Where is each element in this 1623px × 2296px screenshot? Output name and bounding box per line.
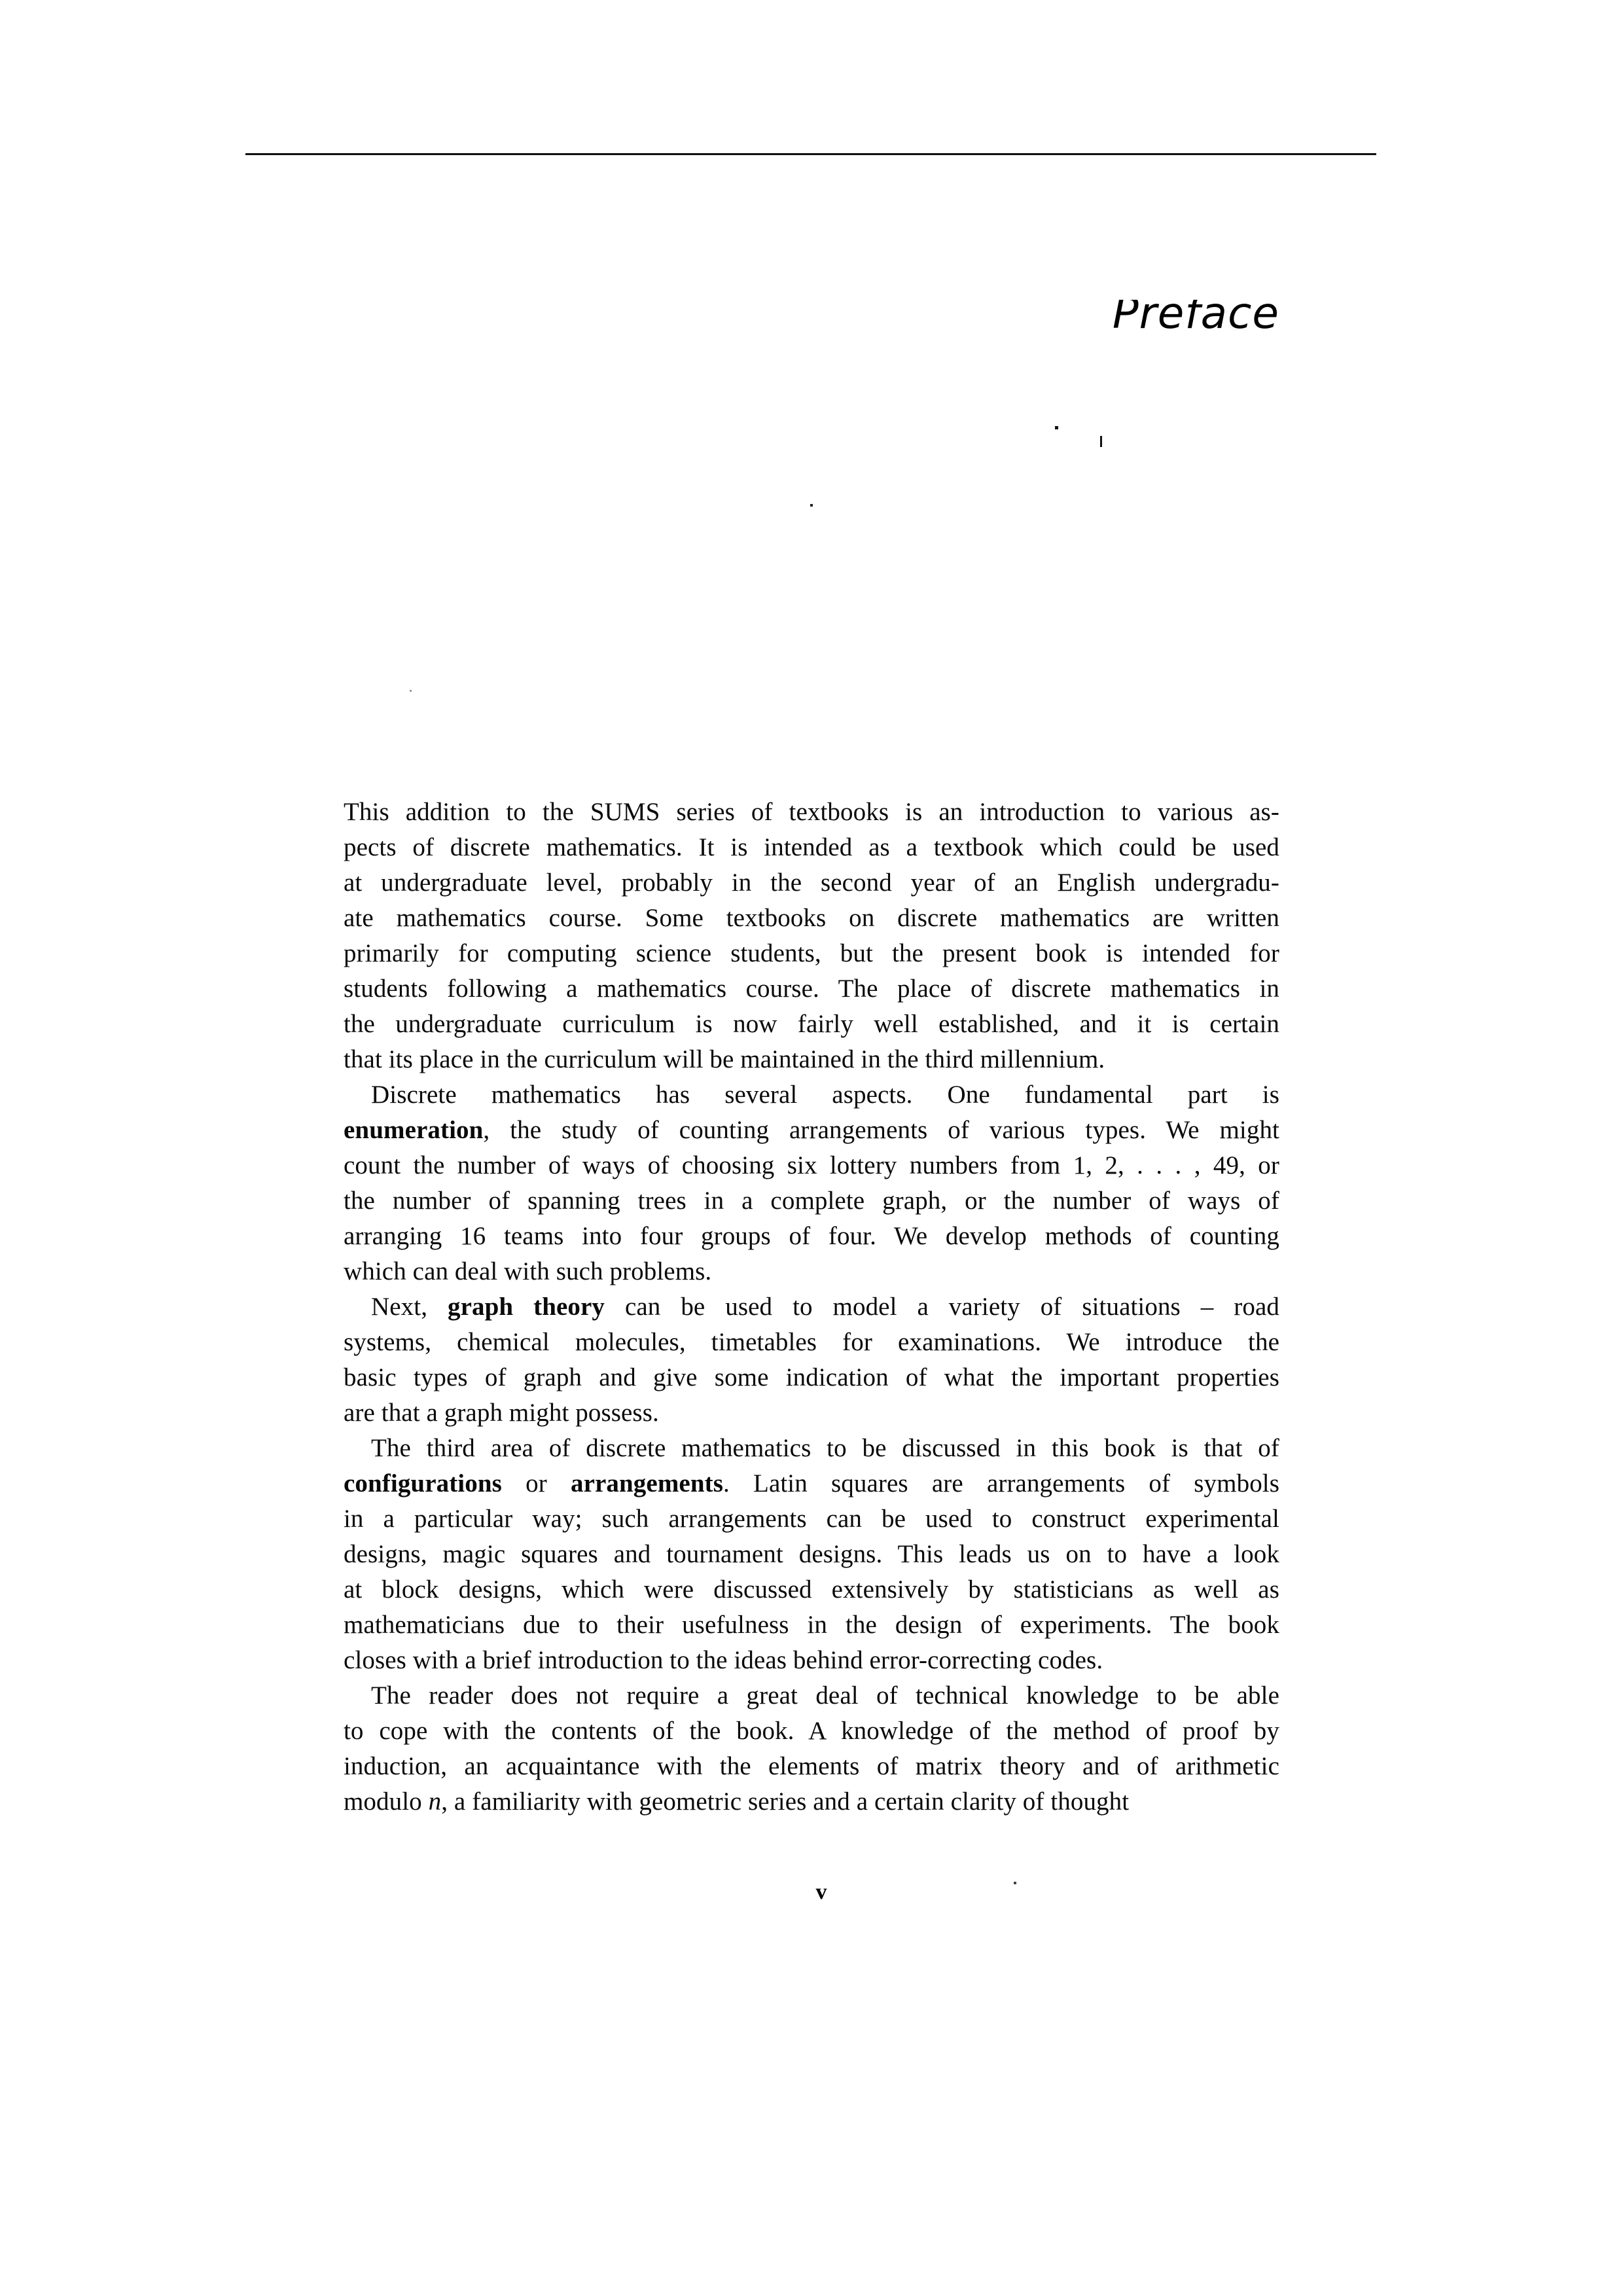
text-line: modulo n, a familiarity with geometric s… <box>344 1784 1279 1820</box>
text-line: configurations or arrangements. Latin sq… <box>344 1466 1279 1501</box>
text-line: that its place in the curriculum will be… <box>344 1042 1279 1077</box>
text-line: students following a mathematics course.… <box>344 971 1279 1007</box>
text-segment: closes with a brief introduction to the … <box>344 1646 1103 1674</box>
text-line: basic types of graph and give some indic… <box>344 1360 1279 1395</box>
text-line: Next, graph theory can be used to model … <box>344 1289 1279 1325</box>
text-line: count the number of ways of choosing six… <box>344 1148 1279 1183</box>
text-line: Discrete mathematics has several aspects… <box>344 1077 1279 1113</box>
text-line: closes with a brief introduction to the … <box>344 1643 1279 1678</box>
scan-speck <box>1055 426 1058 429</box>
text-segment: modulo <box>344 1787 429 1816</box>
text-segment: are that a graph might possess. <box>344 1399 659 1427</box>
text-segment: , a familiarity with geometric series an… <box>441 1787 1129 1816</box>
scan-speck <box>1100 436 1102 447</box>
text-segment: or <box>502 1469 571 1498</box>
text-segment: designs, magic squares and tournament de… <box>344 1540 1279 1568</box>
text-line: induction, an acquaintance with the elem… <box>344 1749 1279 1784</box>
text-segment: pects of discrete mathematics. It is int… <box>344 833 1279 861</box>
bold-term: configurations <box>344 1469 502 1498</box>
scan-speck <box>1014 1882 1016 1884</box>
text-segment: at undergraduate level, probably in the … <box>344 869 1279 897</box>
text-line: pects of discrete mathematics. It is int… <box>344 830 1279 865</box>
text-line: the number of spanning trees in a comple… <box>344 1183 1279 1219</box>
text-segment: mathematicians due to their usefulness i… <box>344 1611 1279 1639</box>
header-rule <box>245 153 1376 155</box>
text-line: are that a graph might possess. <box>344 1395 1279 1431</box>
text-segment: the number of spanning trees in a comple… <box>344 1187 1279 1215</box>
text-segment: at block designs, which were discussed e… <box>344 1575 1279 1604</box>
text-segment: systems, chemical molecules, timetables … <box>344 1328 1279 1356</box>
text-line: This addition to the SUMS series of text… <box>344 795 1279 830</box>
scan-speck <box>410 690 412 692</box>
text-segment: The reader does not require a great deal… <box>371 1681 1279 1710</box>
text-line: to cope with the contents of the book. A… <box>344 1713 1279 1749</box>
text-segment: in a particular way; such arrangements c… <box>344 1505 1279 1533</box>
text-segment: induction, an acquaintance with the elem… <box>344 1752 1279 1780</box>
text-segment: arranging 16 teams into four groups of f… <box>344 1222 1279 1250</box>
text-line: enumeration, the study of counting arran… <box>344 1113 1279 1148</box>
text-segment: ate mathematics course. Some textbooks o… <box>344 904 1279 932</box>
text-segment: count the number of ways of choosing six… <box>344 1151 1279 1179</box>
text-line: The reader does not require a great deal… <box>344 1678 1279 1713</box>
text-line: which can deal with such problems. <box>344 1254 1279 1289</box>
text-line: at block designs, which were discussed e… <box>344 1572 1279 1607</box>
text-line: at undergraduate level, probably in the … <box>344 865 1279 901</box>
text-segment: to cope with the contents of the book. A… <box>344 1717 1279 1745</box>
page-number: v <box>807 1880 836 1905</box>
text-segment: Next, <box>371 1293 448 1321</box>
text-segment: The third area of discrete mathematics t… <box>371 1434 1279 1462</box>
text-segment: the undergraduate curriculum is now fair… <box>344 1010 1279 1038</box>
text-line: The third area of discrete mathematics t… <box>344 1431 1279 1466</box>
text-line: mathematicians due to their usefulness i… <box>344 1607 1279 1643</box>
text-segment: basic types of graph and give some indic… <box>344 1363 1279 1391</box>
text-line: the undergraduate curriculum is now fair… <box>344 1007 1279 1042</box>
scan-speck <box>810 504 813 507</box>
preface-body: This addition to the SUMS series of text… <box>344 795 1279 1820</box>
text-segment: Discrete mathematics has several aspects… <box>371 1081 1279 1109</box>
text-segment: This addition to the SUMS series of text… <box>344 798 1279 826</box>
text-line: designs, magic squares and tournament de… <box>344 1537 1279 1572</box>
book-page: Preface This addition to the SUMS series… <box>0 0 1623 2296</box>
text-line: ate mathematics course. Some textbooks o… <box>344 901 1279 936</box>
text-segment: which can deal with such problems. <box>344 1257 711 1285</box>
italic-term: n <box>429 1787 442 1816</box>
text-segment: can be used to model a variety of situat… <box>605 1293 1279 1321</box>
bold-term: arrangements <box>571 1469 723 1498</box>
text-segment: , the study of counting arrangements of … <box>483 1116 1279 1144</box>
text-segment: students following a mathematics course.… <box>344 975 1279 1003</box>
bold-term: graph theory <box>448 1293 605 1321</box>
text-line: in a particular way; such arrangements c… <box>344 1501 1279 1537</box>
text-segment: . Latin squares are arrangements of symb… <box>723 1469 1279 1498</box>
text-segment: primarily for computing science students… <box>344 939 1279 967</box>
chapter-title: Preface <box>916 300 1279 331</box>
text-line: systems, chemical molecules, timetables … <box>344 1325 1279 1360</box>
text-line: primarily for computing science students… <box>344 936 1279 971</box>
text-line: arranging 16 teams into four groups of f… <box>344 1219 1279 1254</box>
chapter-title-text: Preface <box>916 300 1279 331</box>
text-segment: that its place in the curriculum will be… <box>344 1045 1105 1073</box>
bold-term: enumeration <box>344 1116 483 1144</box>
